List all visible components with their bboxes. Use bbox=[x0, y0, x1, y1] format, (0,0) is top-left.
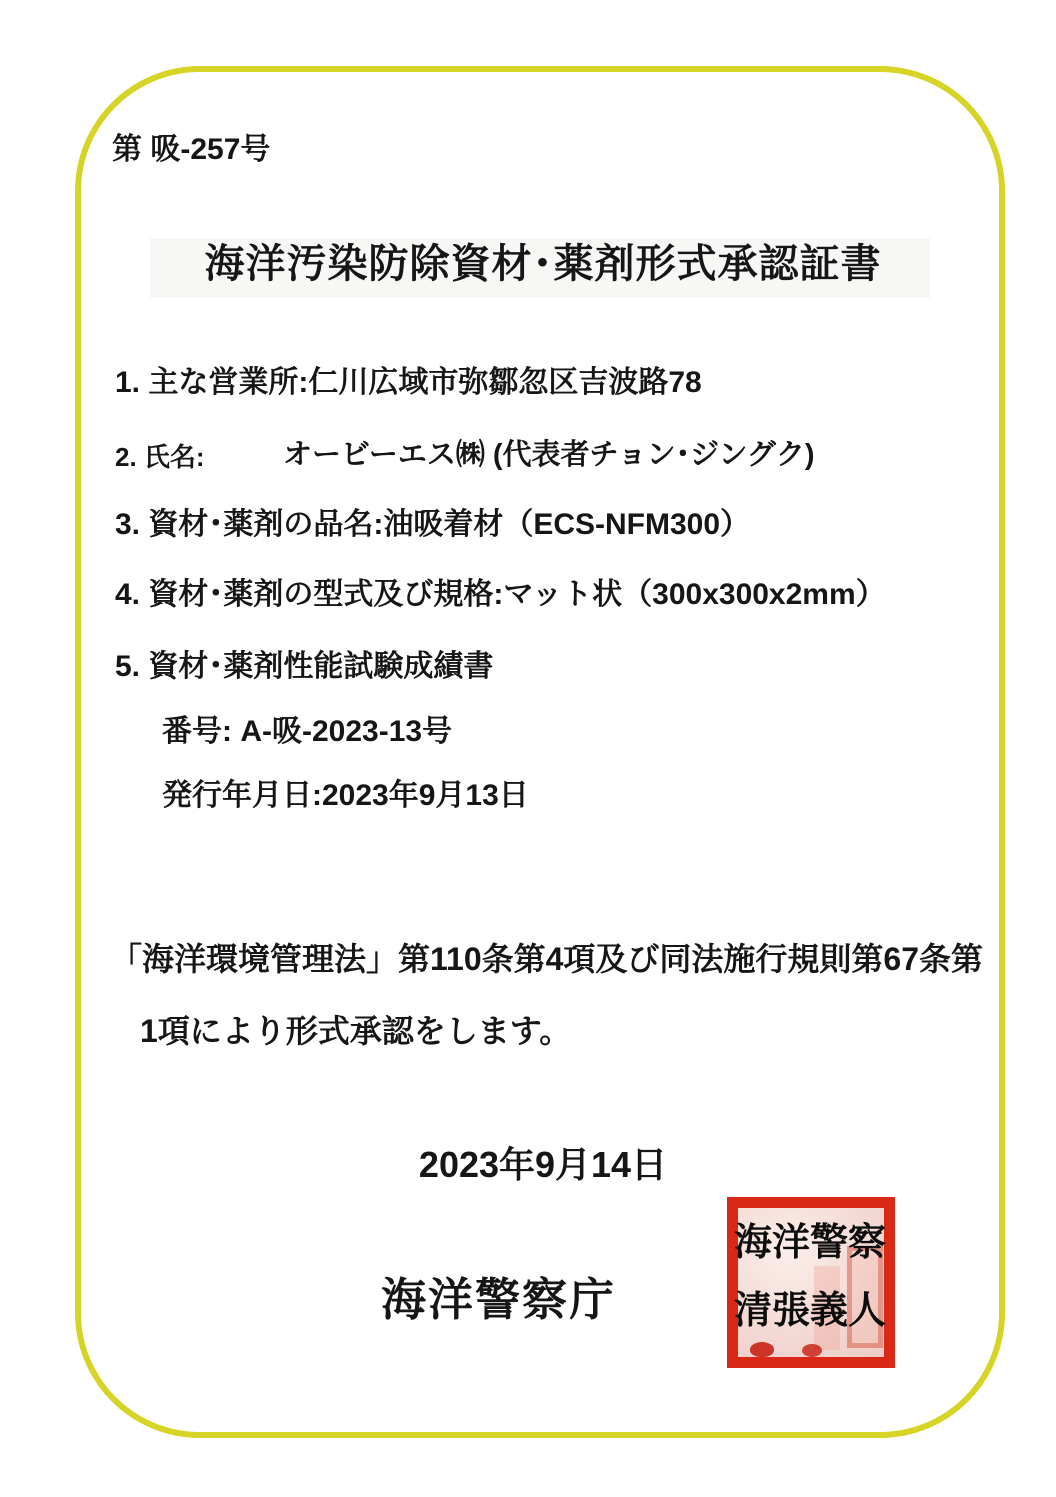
field-product-type-spec: 4. 資材･薬剤の型式及び規格:マット状（300x300x2mm） bbox=[115, 578, 886, 613]
field-performance-test-report: 5. 資材･薬剤性能試験成績書 bbox=[115, 650, 493, 685]
certificate-number: 第 吸-257号 bbox=[112, 133, 270, 168]
approval-clause-line1: 「海洋環境管理法」第110条第4項及び同法施行規則第67条第 bbox=[110, 941, 983, 978]
stamp-text-line2: 清張義人 bbox=[734, 1292, 886, 1330]
certificate-title: 海洋汚染防除資材･薬剤形式承認証書 bbox=[80, 241, 1006, 287]
certificate-issue-date: 2023年9月14日 bbox=[80, 1144, 1006, 1185]
field-name-value: オービーエス㈱ (代表者チョン･ジングク) bbox=[283, 439, 815, 472]
certificate-page: 第 吸-257号 海洋汚染防除資材･薬剤形式承認証書 1. 主な営業所:仁川広域… bbox=[0, 0, 1056, 1497]
stamp-text-line1: 海洋警察 bbox=[734, 1224, 886, 1262]
field-report-number: 番号: A-吸-2023-13号 bbox=[162, 715, 452, 750]
issuing-authority: 海洋警察庁 bbox=[381, 1274, 616, 1326]
approval-clause-line2: 1項により形式承認をします。 bbox=[140, 1013, 571, 1050]
official-seal-stamp: 海洋警察 清張義人 bbox=[727, 1197, 895, 1368]
field-product-name: 3. 資材･薬剤の品名:油吸着材（ECS-NFM300） bbox=[115, 508, 750, 543]
field-business-address: 1. 主な営業所:仁川広域市弥鄒忽区吉波路78 bbox=[115, 366, 702, 401]
field-name-label: 2. 氏名: bbox=[115, 443, 205, 473]
field-report-issue-date: 発行年月日:2023年9月13日 bbox=[162, 779, 529, 814]
seal-faint-mark-icon bbox=[802, 1344, 822, 1357]
seal-faint-mark-icon bbox=[750, 1342, 774, 1357]
